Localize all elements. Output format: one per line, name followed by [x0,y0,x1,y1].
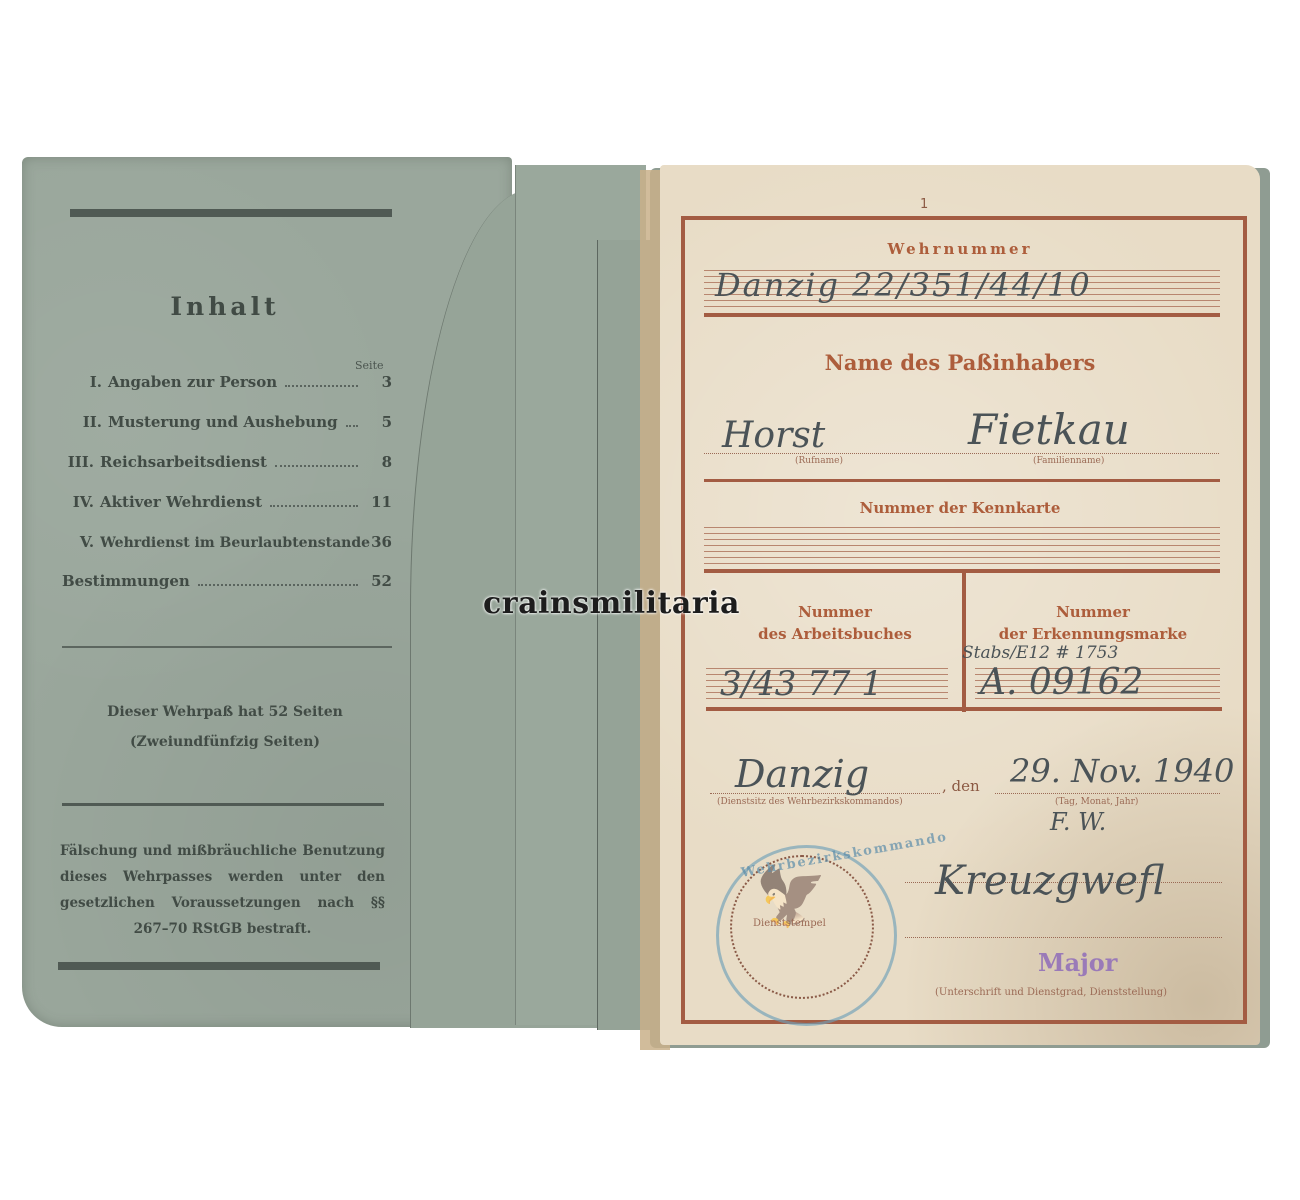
toc-label: Musterung und Aushebung [108,413,338,431]
toc-page: 8 [366,453,392,471]
toc-row: III. Reichsarbeitsdienst 8 [62,453,392,475]
toc-leader [346,425,358,427]
kennkarte-ruled-field [704,527,1220,567]
arbeitsbuch-label-2: des Arbeitsbuches [710,625,960,643]
watermark-text: crainsmilitaria [483,586,740,621]
wehrnummer-label: Wehrnummer [700,240,1220,258]
erkennungsmarke-label-1: Nummer [968,603,1218,621]
field-underline [706,707,1222,711]
toc-page: 11 [366,493,392,511]
toc-leader [270,505,358,507]
wehrnummer-value: Danzig 22/351/44/10 [715,266,1092,304]
rank-stamp: Major [1038,948,1117,977]
stamp-caption: Dienststempel [753,918,826,929]
last-name-caption: (Familienname) [1033,456,1104,466]
toc-leader [285,385,358,387]
toc-num: V. [62,533,100,551]
toc-row: I. Angaben zur Person 3 [62,373,392,395]
first-name-value: Horst [722,415,825,456]
date-value: 29. Nov. 1940 [1010,752,1234,790]
erkennungsmarke-note: Stabs/E12 # 1753 [962,643,1118,663]
toc-num: I. [62,373,108,391]
toc-label: Wehrdienst im Beurlaubtenstande [100,535,370,551]
place-value: Danzig [735,752,869,796]
column-divider [962,570,966,712]
toc-page: 52 [366,572,392,590]
kennkarte-label: Nummer der Kennkarte [700,499,1220,517]
name-label: Name des Paßinhabers [700,350,1220,375]
erkennungsmarke-label-2: der Erkennungsmarke [968,625,1218,643]
toc-page: 3 [366,373,392,391]
signature-caption: (Unterschrift und Dienstgrad, Dienststel… [935,987,1167,998]
toc-label: Reichsarbeitsdienst [100,453,267,471]
signature-line-2 [905,937,1222,938]
toc-row: Bestimmungen 52 [62,572,392,594]
last-name-value: Fietkau [968,405,1130,454]
toc-row: IV. Aktiver Wehrdienst 11 [62,493,392,515]
toc-leader [275,465,358,467]
date-caption: (Tag, Monat, Jahr) [1055,797,1138,807]
toc-page: 5 [366,413,392,431]
arbeitsbuch-label-1: Nummer [710,603,960,621]
toc-title: Inhalt [60,292,390,321]
field-underline [704,313,1220,317]
initials: F. W. [1050,808,1106,836]
bottom-divider-bar [58,962,380,970]
toc-num: III. [62,453,100,471]
page-number: 1 [920,197,928,212]
mid-divider [62,803,384,806]
erkennungsmarke-value: A. 09162 [980,662,1143,703]
den-label: , den [942,777,980,795]
toc-label: Angaben zur Person [108,373,277,391]
toc-num: II. [62,413,108,431]
toc-row: II. Musterung und Aushebung 5 [62,413,392,435]
first-name-caption: (Rufname) [795,456,843,466]
toc-label: Bestimmungen [62,572,190,590]
toc-row: V. Wehrdienst im Beurlaubtenstande 36 [62,533,392,555]
toc-label: Aktiver Wehrdienst [100,493,262,511]
toc-num: IV. [62,493,100,511]
signature: Kreuzgwefl [935,858,1165,904]
place-caption: (Dienstsitz des Wehrbezirkskommandos) [717,797,903,807]
page-count-line-2: (Zweiundfünfzig Seiten) [60,728,390,756]
section-divider [704,479,1220,482]
forgery-warning: Fälschung und mißbräuchliche Benutzung d… [60,838,385,942]
toc-page: 36 [370,533,392,551]
top-divider-bar [70,209,392,217]
toc-leader [198,584,358,586]
date-dotted-line [995,793,1220,794]
arbeitsbuch-value: 3/43 77 1 [720,664,883,704]
page-count-line-1: Dieser Wehrpaß hat 52 Seiten [60,698,390,726]
thin-divider [62,646,392,648]
toc-seite-label: Seite [355,359,384,372]
